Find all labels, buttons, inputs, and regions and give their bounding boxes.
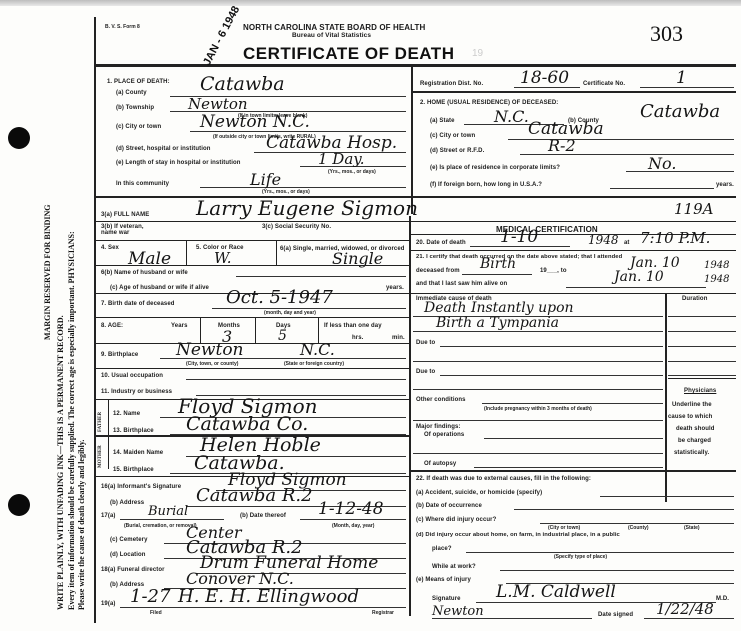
filed-label: Filed	[150, 610, 162, 616]
age-label: 8. AGE:	[101, 323, 123, 329]
length-note: (Yrs., mos., or days)	[328, 169, 376, 175]
date-signed-value: 1/22/48	[656, 600, 714, 618]
accident-field[interactable]	[600, 496, 734, 497]
birthplace-city-value: Newton	[176, 340, 244, 360]
physician-signature-value: L.M. Caldwell	[496, 582, 616, 602]
corporate-limits-label: (e) Is place of residence in corporate l…	[430, 165, 560, 171]
injury-place-field[interactable]	[466, 552, 734, 553]
occupation-field[interactable]	[186, 379, 406, 380]
page-number: 303	[650, 21, 683, 47]
center-divider	[411, 67, 413, 214]
last-saw-year: 1948	[704, 274, 729, 285]
physician-signature-label: Signature	[432, 596, 461, 602]
community-note: (Yrs., mos., or days)	[262, 189, 310, 195]
mother-birthplace-label: 15. Birthplace	[113, 467, 154, 473]
physicians-box-line-3: death should	[676, 426, 715, 432]
filing-number: 19(a)	[101, 601, 116, 607]
physicians-box-line-5: statistically.	[674, 450, 709, 456]
certificate-number-field[interactable]	[640, 87, 734, 88]
industry-label: 11. Industry or business	[101, 389, 172, 395]
duration-line-2[interactable]	[668, 331, 736, 332]
full-name-label: 3(a) FULL NAME	[101, 212, 149, 218]
disposition-date-field[interactable]	[300, 519, 406, 520]
last-saw-field[interactable]	[566, 287, 706, 288]
residence-county-value: Catawba	[640, 101, 720, 122]
birth-date-value: Oct. 5-1947	[226, 287, 333, 308]
spouse-name-field[interactable]	[236, 276, 406, 277]
registrar-signature: H. E. H. Ellingwood	[178, 586, 359, 607]
where-note-city: (City or town)	[548, 525, 580, 531]
mother-name-label: 14. Maiden Name	[113, 450, 163, 456]
due-to-field-2[interactable]	[440, 375, 663, 376]
attended-from-field[interactable]	[462, 274, 532, 275]
cell-divider	[255, 317, 256, 343]
community-field[interactable]	[200, 187, 406, 188]
birthplace-state-value: N.C.	[300, 340, 335, 359]
disposition-date-label: (b) Date thereof	[240, 513, 286, 519]
registration-divider	[413, 91, 736, 93]
autopsy-label: Of autopsy	[424, 461, 456, 467]
father-name-label: 12. Name	[113, 411, 140, 417]
death-time-label: at	[624, 240, 630, 246]
duration-box-rule	[668, 378, 736, 379]
less-than-day-label: If less than one day	[324, 323, 382, 329]
county-label: (a) County	[116, 90, 147, 96]
corporate-limits-value: No.	[648, 154, 676, 173]
due-to-field-2b[interactable]	[413, 389, 663, 390]
birth-date-label: 7. Birth date of deceased	[101, 301, 175, 307]
last-saw-label: and that I last saw him alive on	[416, 281, 507, 287]
file-code: 119A	[674, 200, 713, 218]
cause-line-1: Death Instantly upon	[424, 300, 574, 316]
veteran-label: 3(b) If veteran, name war	[101, 224, 161, 236]
scan-top-edge	[0, 0, 741, 6]
row-rule	[96, 343, 410, 344]
death-year-value: 1948	[588, 233, 619, 247]
mother-tag: MOTHER	[98, 445, 103, 468]
informant-address-value: Catawba R.2	[196, 485, 313, 506]
registration-district-label: Registration Dist. No.	[420, 81, 483, 87]
certify-text: 21. I certify that death occurred on the…	[416, 254, 622, 260]
foreign-born-field[interactable]	[610, 188, 714, 189]
received-date-stamp: JAN - 6 1948	[201, 4, 242, 67]
date-signed-field[interactable]	[644, 618, 734, 619]
birth-date-note: (month, day and year)	[264, 310, 316, 316]
injury-place-label: place?	[432, 546, 452, 552]
disposition-date-value: 1-12-48	[318, 499, 384, 519]
min-label: min.	[392, 335, 405, 341]
other-conditions-label: Other conditions	[416, 397, 466, 403]
occupation-label: 10. Usual occupation	[101, 373, 163, 379]
injury-where-label: (c) Where did injury occur?	[416, 517, 496, 523]
death-time-value: 7:10 P.M.	[640, 229, 710, 247]
injury-place-note: (Specify type of place)	[554, 554, 607, 560]
last-saw-value: Jan. 10	[614, 269, 664, 285]
physicians-box-line-1: Underline the	[672, 402, 712, 408]
age-days-value: 5	[278, 328, 287, 344]
physicians-box-line-2: cause to which	[668, 414, 712, 420]
community-value: Life	[250, 170, 281, 189]
duration-label: Duration	[682, 296, 707, 302]
cell-divider	[186, 240, 187, 265]
row-rule	[96, 240, 410, 241]
city-label: (c) City or town	[116, 124, 161, 130]
where-note-county: (County)	[628, 525, 649, 531]
disposition-date-note: (Month, day, year)	[332, 523, 374, 529]
death-date-value: 1-10	[500, 227, 538, 247]
means-of-injury-label: (e) Means of injury	[416, 577, 471, 583]
birthplace-city-note: (City, town, or county)	[186, 361, 238, 367]
faint-mark: 19	[472, 48, 483, 59]
spouse-age-unit: years.	[386, 285, 404, 291]
residence-state-value: N.C.	[494, 107, 529, 126]
attended-from-label: deceased from	[416, 268, 460, 274]
other-conditions-note: (Include pregnancy within 3 months of de…	[484, 406, 592, 412]
filed-date-value: 1-27	[130, 586, 170, 607]
registration-district-value: 18-60	[520, 68, 569, 88]
margin-legibility: Please write the cause of death clearly …	[77, 440, 86, 610]
sex-value: Male	[128, 249, 171, 269]
spouse-name-label: 6(b) Name of husband or wife	[101, 270, 188, 276]
birth-date-field[interactable]	[212, 308, 406, 309]
margin-instructions: Every item of information should be care…	[67, 231, 76, 610]
city-value: Newton N.C.	[200, 112, 310, 132]
disposition-number: 17(a)	[101, 513, 116, 519]
birthplace-label: 9. Birthplace	[101, 352, 138, 358]
row-rule	[96, 317, 410, 318]
certificate-title: CERTIFICATE OF DEATH	[243, 44, 454, 64]
certificate-number-label: Certificate No.	[583, 81, 625, 87]
length-of-stay-label: (e) Length of stay in hospital or instit…	[116, 160, 241, 166]
social-security-label: 3(c) Social Security No.	[262, 224, 352, 230]
physicians-box-line-4: be charged	[678, 438, 711, 444]
cell-divider	[276, 240, 277, 265]
birthplace-state-note: (State or foreign country)	[284, 361, 344, 367]
disposition-method-field[interactable]	[120, 519, 224, 520]
age-years-label: Years	[171, 323, 188, 329]
duration-line-4[interactable]	[668, 361, 736, 362]
place-of-death-heading: 1. PLACE OF DEATH:	[107, 79, 170, 85]
bureau-name: Bureau of Vital Statistics	[292, 32, 371, 39]
length-of-stay-value: 1 Day.	[318, 150, 365, 168]
injury-home-label: (d) Did injury occur about home, on farm…	[416, 532, 620, 538]
at-work-label: While at work?	[432, 564, 476, 570]
hrs-label: hrs.	[352, 335, 363, 341]
margin-permanent-record: WRITE PLAINLY, WITH UNFADING INK—THIS IS…	[56, 315, 65, 610]
corporate-limits-field[interactable]	[626, 171, 734, 172]
community-label: In this community	[116, 181, 169, 187]
county-value: Catawba	[200, 73, 285, 95]
other-conditions-field-2[interactable]	[413, 420, 663, 421]
injury-where-field[interactable]	[540, 523, 734, 524]
operations-label: Of operations	[424, 432, 464, 438]
street-label: (d) Street, hospital or institution	[116, 146, 211, 152]
parents-tag-divider	[108, 399, 109, 469]
certificate-number-value: 1	[676, 68, 687, 88]
form-left-border	[94, 17, 96, 623]
filed-field[interactable]	[120, 607, 406, 608]
operations-field[interactable]	[484, 438, 663, 439]
residence-street-label: (d) Street or R.F.D.	[430, 148, 484, 154]
cemetery-label: (c) Cemetery	[110, 537, 148, 543]
center-divider-lower	[409, 216, 411, 616]
due-to-field-1b[interactable]	[413, 361, 663, 362]
row-rule	[96, 265, 410, 266]
major-findings-label: Major findings:	[416, 424, 461, 430]
location-label: (d) Location	[110, 552, 146, 558]
agency-name: NORTH CAROLINA STATE BOARD OF HEALTH	[243, 23, 425, 32]
funeral-director-label: 18(a) Funeral director	[101, 567, 165, 573]
residence-state-label: (a) State	[430, 118, 455, 124]
binding-hole-icon	[8, 127, 30, 149]
duration-line-1[interactable]	[668, 316, 736, 317]
accident-label: (a) Accident, suicide, or homicide (spec…	[416, 490, 542, 496]
cause-line-2: Birth a Tympania	[436, 315, 559, 331]
due-to-label-2: Due to	[416, 369, 435, 375]
cause-line-2-field[interactable]	[413, 331, 663, 332]
name-row-rule	[96, 221, 736, 222]
informant-signature-label: 16(a) Informant's Signature	[101, 484, 181, 490]
form-id: B. V. S. Form 8	[105, 24, 140, 30]
sex-label: 4. Sex	[101, 245, 119, 251]
operations-field-2[interactable]	[413, 453, 663, 454]
physician-address-field[interactable]	[432, 618, 592, 619]
row-rule	[96, 368, 410, 369]
duration-line-5[interactable]	[668, 375, 736, 376]
residence-heading: 2. HOME (USUAL RESIDENCE) OF DECEASED:	[420, 100, 558, 106]
medical-rule	[411, 293, 736, 294]
md-suffix: M.D.	[716, 596, 729, 602]
foreign-born-unit: years.	[716, 182, 734, 188]
where-note-state: (State)	[684, 525, 700, 531]
attended-from-value: Birth	[480, 256, 516, 272]
township-value: Newton	[188, 95, 248, 113]
due-to-field-1[interactable]	[440, 346, 663, 347]
residence-city-label: (c) City or town	[430, 133, 475, 139]
informant-address-label: (b) Address	[110, 500, 144, 506]
date-signed-label: Date signed	[598, 612, 633, 618]
binding-hole-icon	[8, 494, 30, 516]
disposition-method-value: Burial	[148, 504, 188, 519]
duration-line-3[interactable]	[668, 346, 736, 347]
occurrence-date-field[interactable]	[514, 509, 734, 510]
medical-rule	[411, 470, 736, 472]
medical-rule	[411, 250, 736, 251]
header-divider	[96, 64, 736, 67]
external-causes-heading: 22. If death was due to external causes,…	[416, 476, 591, 482]
autopsy-field[interactable]	[474, 467, 663, 468]
township-label: (b) Township	[116, 105, 154, 111]
occurrence-date-label: (b) Date of occurrence	[416, 503, 482, 509]
spouse-age-label: (c) Age of husband or wife if alive	[110, 285, 209, 291]
residence-city-field[interactable]	[508, 139, 734, 140]
father-tag: FATHER	[98, 412, 103, 432]
attended-to-label: 19___, to	[540, 268, 567, 274]
other-conditions-field[interactable]	[482, 403, 663, 404]
death-date-label: 20. Date of death	[416, 240, 466, 246]
foreign-born-label: (f) If foreign born, how long in U.S.A.?	[430, 182, 542, 188]
physicians-box-title: Physicians	[684, 388, 716, 394]
at-work-field[interactable]	[500, 570, 734, 571]
registrar-label: Registrar	[372, 610, 394, 616]
physician-address-value: Newton	[432, 604, 484, 619]
father-birthplace-label: 13. Birthplace	[113, 428, 154, 434]
due-to-label-1: Due to	[416, 340, 435, 346]
father-birthplace-value: Catawba Co.	[186, 413, 308, 435]
margin-binding-note: MARGIN RESERVED FOR BINDING	[43, 204, 52, 340]
full-name-value: Larry Eugene Sigmon	[196, 196, 418, 220]
attended-to-year: 1948	[704, 260, 729, 271]
residence-street-value: R-2	[548, 136, 576, 155]
